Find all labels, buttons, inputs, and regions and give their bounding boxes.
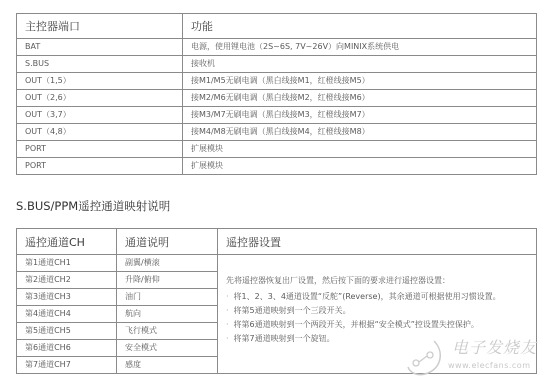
bullet-icon: ·	[226, 320, 229, 329]
table-row: 第1通道CH1 副翼/横滚 先将遥控器恢复出厂设置，然后按下面的要求进行遥控器设…	[17, 255, 537, 272]
settings-cell: 先将遥控器恢复出厂设置，然后按下面的要求进行遥控器设置： ·将1、2、3、4通道…	[218, 255, 537, 374]
channel-cell: 第3通道CH3	[17, 289, 117, 306]
table-row: S.BUS 接收机	[17, 56, 537, 73]
channel-cell: 第1通道CH1	[17, 255, 117, 272]
function-cell: 接M4/M8无刷电调（黑白线接M4，红橙线接M8）	[183, 124, 537, 141]
settings-item-text: 将第6通道映射到一个两段开关，并根据“安全模式”控设置失控保护。	[234, 320, 479, 329]
channel-cell: 第6通道CH6	[17, 340, 117, 357]
table-row: BAT 电源，使用锂电池（2S~6S, 7V~26V）向MINIX系统供电	[17, 39, 537, 56]
channel-cell: 第2通道CH2	[17, 272, 117, 289]
description-cell: 安全模式	[117, 340, 218, 357]
port-cell: S.BUS	[17, 56, 183, 73]
header-port: 主控器端口	[17, 14, 183, 39]
port-cell: OUT（3,7）	[17, 107, 183, 124]
bullet-icon: ·	[226, 292, 229, 301]
channel-cell: 第5通道CH5	[17, 323, 117, 340]
settings-item-text: 将第7通道映射到一个旋钮。	[234, 334, 335, 343]
port-cell: BAT	[17, 39, 183, 56]
ports-header-row: 主控器端口 功能	[17, 14, 537, 39]
port-cell: PORT	[17, 141, 183, 158]
table-row: OUT（1,5） 接M1/M5无刷电调（黑白线接M1，红橙线接M5）	[17, 73, 537, 90]
table-row: OUT（4,8） 接M4/M8无刷电调（黑白线接M4，红橙线接M8）	[17, 124, 537, 141]
channel-cell: 第7通道CH7	[17, 357, 117, 374]
function-cell: 接M2/M6无刷电调（黑白线接M2，红橙线接M6）	[183, 90, 537, 107]
settings-item: ·将第5通道映射到一个三段开关。	[226, 304, 530, 318]
header-function: 功能	[183, 14, 537, 39]
description-cell: 航向	[117, 306, 218, 323]
function-cell: 接M3/M7无刷电调（黑白线接M3，红橙线接M7）	[183, 107, 537, 124]
table-row: OUT（3,7） 接M3/M7无刷电调（黑白线接M3，红橙线接M7）	[17, 107, 537, 124]
settings-item-text: 将第5通道映射到一个三段开关。	[234, 306, 351, 315]
channels-table: 遥控通道CH 通道说明 遥控器设置 第1通道CH1 副翼/横滚 先将遥控器恢复出…	[16, 228, 537, 374]
header-description: 通道说明	[117, 229, 218, 255]
port-cell: OUT（1,5）	[17, 73, 183, 90]
settings-item: ·将1、2、3、4通道设置“反舵”(Reverse)，其余通道可根据使用习惯设置…	[226, 290, 530, 304]
bullet-icon: ·	[226, 334, 229, 343]
description-cell: 升降/俯仰	[117, 272, 218, 289]
settings-item: ·将第7通道映射到一个旋钮。	[226, 332, 530, 346]
function-cell: 接M1/M5无刷电调（黑白线接M1，红橙线接M5）	[183, 73, 537, 90]
settings-list: ·将1、2、3、4通道设置“反舵”(Reverse)，其余通道可根据使用习惯设置…	[226, 290, 530, 346]
function-cell: 扩展模块	[183, 158, 537, 175]
description-cell: 感度	[117, 357, 218, 374]
header-channel: 遥控通道CH	[17, 229, 117, 255]
settings-item: ·将第6通道映射到一个两段开关，并根据“安全模式”控设置失控保护。	[226, 318, 530, 332]
port-cell: OUT（2,6）	[17, 90, 183, 107]
function-cell: 接收机	[183, 56, 537, 73]
settings-intro: 先将遥控器恢复出厂设置，然后按下面的要求进行遥控器设置：	[226, 275, 530, 287]
table-row: OUT（2,6） 接M2/M6无刷电调（黑白线接M2，红橙线接M6）	[17, 90, 537, 107]
section-heading: S.BUS/PPM遥控通道映射说明	[16, 198, 170, 214]
function-cell: 扩展模块	[183, 141, 537, 158]
settings-item-text: 将1、2、3、4通道设置“反舵”(Reverse)，其余通道可根据使用习惯设置。	[234, 292, 501, 301]
channels-header-row: 遥控通道CH 通道说明 遥控器设置	[17, 229, 537, 255]
port-cell: PORT	[17, 158, 183, 175]
table-row: PORT 扩展模块	[17, 158, 537, 175]
bullet-icon: ·	[226, 306, 229, 315]
ports-table: 主控器端口 功能 BAT 电源，使用锂电池（2S~6S, 7V~26V）向MIN…	[16, 13, 537, 175]
channel-cell: 第4通道CH4	[17, 306, 117, 323]
header-settings: 遥控器设置	[218, 229, 537, 255]
port-cell: OUT（4,8）	[17, 124, 183, 141]
function-cell: 电源，使用锂电池（2S~6S, 7V~26V）向MINIX系统供电	[183, 39, 537, 56]
table-row: PORT 扩展模块	[17, 141, 537, 158]
description-cell: 飞行模式	[117, 323, 218, 340]
description-cell: 副翼/横滚	[117, 255, 218, 272]
description-cell: 油门	[117, 289, 218, 306]
